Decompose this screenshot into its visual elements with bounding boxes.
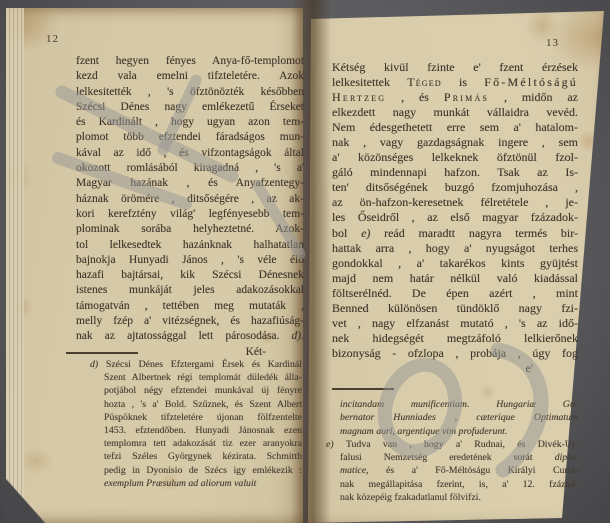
footnote-rule-left xyxy=(66,352,138,354)
worn-corner xyxy=(6,478,46,523)
right-page-text: Kétség kivül fzinte e' fzent érzéseklelk… xyxy=(332,60,578,376)
text-line: az ön-hafzon-keresetnek félretétele , je… xyxy=(332,195,578,210)
page-number-left: 12 xyxy=(46,33,59,45)
text-line: nak , vagy gazdagságnak ingere , sem xyxy=(332,135,578,150)
text-line: d) Szécsi Dénes Efztergami Érsek és Kard… xyxy=(90,358,302,371)
text-line: okozott romlásából kiragadná , 's a' xyxy=(76,161,304,176)
left-foot-lines: d) Szécsi Dénes Efztergami Érsek és Kard… xyxy=(90,358,302,490)
text-line: Püspöknek tifzteletére újonan fölfzentel… xyxy=(90,411,302,424)
text-line: lelkesitettek Téged is Fő-Méltóságú xyxy=(332,75,578,90)
text-line: les Őseidről , az első magyar fzázadok- xyxy=(332,210,578,225)
text-line: elkezdett nagy munkát vállaidra vevéd. xyxy=(332,105,578,120)
text-line: incitandam munificentiam. Hungariæ Gu- xyxy=(326,398,578,411)
right-main-lines: Kétség kivül fzinte e' fzent érzéseklelk… xyxy=(332,60,578,361)
text-line: Kétség kivül fzinte e' fzent érzések xyxy=(332,60,578,75)
text-line: tefzi Széles Györgynek kézirata. Schmitt… xyxy=(90,450,302,463)
text-line: Benned különösen tündöklő nagy fzi- xyxy=(332,301,578,316)
text-line: hazafi bajtársai, kik Szécsi Dénesnek xyxy=(76,268,304,283)
page-number-right: 13 xyxy=(546,37,559,49)
text-line: nak közepéig fzakadatlanul fölvifzi. xyxy=(326,491,578,504)
text-line: Szécsi Dénes nagy emlékezetű Érseket xyxy=(76,100,304,115)
text-line: kori kerefztény világ' legfényesebb tem- xyxy=(76,207,304,222)
text-line: fzent hegyen fényes Anya-fő-templomot xyxy=(76,54,304,69)
text-line: gondokkal , a' takarékos kints gyüjtést xyxy=(332,256,578,271)
text-line: hattak arra , hogy a' nyugságot terhes xyxy=(332,241,578,256)
text-line: gáló mindennapi hafzon. Tsak az Is- xyxy=(332,165,578,180)
text-line: falusi Nemzetség eredetének sorát diplo- xyxy=(326,451,578,464)
text-line: istenes munkáját jeles adakozásokkal xyxy=(76,283,304,298)
text-line: ten' ditsőségének buzgó fzomjuhozása , xyxy=(332,180,578,195)
text-line: potjábol négy efztendei munkával új fény… xyxy=(90,384,302,397)
text-line: exemplum Præsulum ad aliorum valuit xyxy=(90,477,302,490)
text-line: pedig in Dyonisio de Szécs igy emlékezik… xyxy=(90,464,302,477)
text-line: és Kardinált , hogy ugyan azon tem- xyxy=(76,115,304,130)
text-line: tol lelkesedtek hazánknak halhatatlan xyxy=(76,238,304,253)
right-page-catchword: e' xyxy=(332,361,578,376)
text-line: magnam auri, argentique vim profuderunt. xyxy=(326,425,578,438)
text-line: Magyar hazának , és Anyafzentegy- xyxy=(76,176,304,191)
text-line: lelkesitették , 's öfztönözték későbben xyxy=(76,85,304,100)
footnote-rule-right xyxy=(332,388,394,390)
text-line: háznak örömére , ditsőségére , az ak- xyxy=(76,192,304,207)
text-line: nak megállapitása fzerint, is, a' 12. fz… xyxy=(326,478,578,491)
text-line: bol e) reád maradtt nagyra termés bir- xyxy=(332,226,578,241)
right-foot-lines: incitandam munificentiam. Hungariæ Gu-be… xyxy=(326,398,578,504)
text-line: e) Tudva van , hogy a' Rudnai, és Divék-… xyxy=(326,438,578,451)
text-line: bizonyság - ofzlopa , probája , úgy fog xyxy=(332,346,578,361)
left-page-text: fzent hegyen fényes Anya-fő-templomotkez… xyxy=(76,54,304,360)
page-edge-stripes xyxy=(6,8,24,523)
text-line: bernator Hunniades , cæterique Optimatum xyxy=(326,411,578,424)
text-line: majd nem határ nélkül való kiadással xyxy=(332,271,578,286)
text-line: Hertzeg , és Primás , midőn az xyxy=(332,90,578,105)
text-line: támogatván , tettében meg mutaták , xyxy=(76,299,304,314)
text-line: föltserélnéd. De épen azért , mint xyxy=(332,286,578,301)
text-line: kezd vala emelni tifzteletére. Azok xyxy=(76,69,304,84)
text-line: 1453. efztendőben. Hunyadi Jánosnak ezen xyxy=(90,424,302,437)
text-line: kával az idő , és vifzontagságok által xyxy=(76,146,304,161)
scan-background: 12 13 fzent hegyen fényes Anya-fő-templo… xyxy=(0,0,610,523)
text-line: a' közönséges lelkeknek öfztönül fzol- xyxy=(332,150,578,165)
text-line: vet , nagy elfzanást mutató , 's az idő- xyxy=(332,316,578,331)
text-line: Nem édesgethetett erre sem a' hatalom- xyxy=(332,120,578,135)
text-line: matice, és a' Fő-Méltóságu Királyi Curiá… xyxy=(326,464,578,477)
text-line: nak az ajtatossággal lett párosodása. d)… xyxy=(76,329,304,344)
text-line: plomot több efztendei fáradságos mun- xyxy=(76,130,304,145)
left-main-lines: fzent hegyen fényes Anya-fő-templomotkez… xyxy=(76,54,304,345)
text-line: melly fzép a' vitézségnek, és hazafiúság… xyxy=(76,314,304,329)
right-page-footnote: incitandam munificentiam. Hungariæ Gu-be… xyxy=(326,398,578,504)
text-line: Szent Albertnek régi templomát düledék á… xyxy=(90,371,302,384)
text-line: nek hidegségét megtzáfoló lelkierőnek xyxy=(332,331,578,346)
text-line: plominak sorába helyheztetné. Azok- xyxy=(76,222,304,237)
text-line: bajnokja Hunyadi János , 's véle élő xyxy=(76,253,304,268)
text-line: hozta , 's a' Bold. Szűznek, és Szent Al… xyxy=(90,398,302,411)
left-page-footnote: d) Szécsi Dénes Efztergami Érsek és Kard… xyxy=(90,358,302,490)
text-line: templomra tett adakozását tiz ezer arany… xyxy=(90,437,302,450)
